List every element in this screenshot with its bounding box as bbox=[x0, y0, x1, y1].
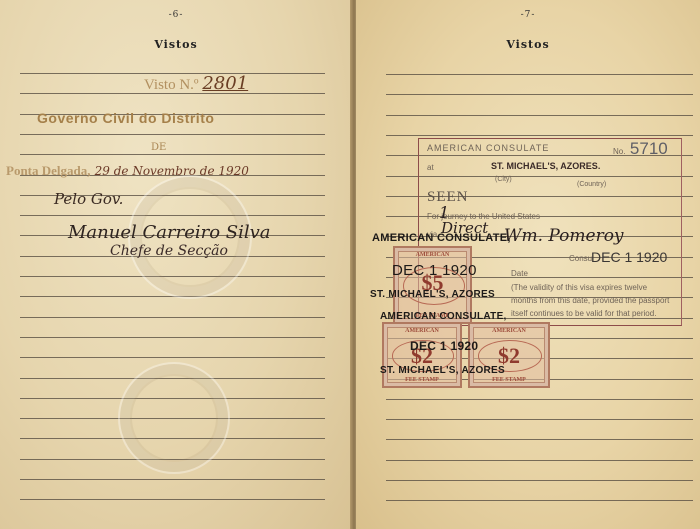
black-stamp-date-1: DEC 1 1920 bbox=[392, 262, 477, 279]
handwritten-date: 29 de Novembro de 1920 bbox=[95, 164, 249, 178]
black-stamp-consulate-2: AMERICAN CONSULATE, bbox=[380, 311, 507, 322]
page-heading: Vistos bbox=[356, 38, 700, 51]
ruled-line bbox=[386, 460, 693, 461]
embossed-seal-lower bbox=[118, 362, 230, 474]
fee-stamp-2b: AMERICAN $2 FEE STAMP bbox=[468, 322, 550, 388]
date-label: Date bbox=[511, 269, 528, 278]
validity-line-3: itself continues to be valid for that pe… bbox=[511, 309, 656, 318]
black-stamp-date-2: DEC 1 1920 bbox=[410, 339, 478, 353]
ruled-line bbox=[386, 439, 693, 440]
consul-date-stamp: DEC 1 1920 bbox=[591, 249, 667, 265]
right-page: -7- Vistos AMERICAN CONSULATE No. 5710 a… bbox=[356, 0, 700, 529]
ruled-line bbox=[20, 134, 325, 135]
city-label: (City) bbox=[495, 176, 512, 183]
visa-location: ST. MICHAEL'S, AZORES. bbox=[491, 161, 600, 171]
left-page: -6- Vistos Visto N.º 2801 Governo Civil … bbox=[0, 0, 352, 529]
ruled-line bbox=[386, 480, 693, 481]
visto-line: Visto N.º 2801 bbox=[144, 73, 248, 94]
ruled-line bbox=[386, 74, 693, 75]
fee-stamp-2a: AMERICAN $2 FEE STAMP bbox=[382, 322, 462, 388]
handwritten-pelo: Pelo Gov. bbox=[54, 190, 123, 208]
black-stamp-place-1: ST. MICHAEL'S, AZORES bbox=[370, 289, 495, 300]
ruled-line bbox=[20, 317, 325, 318]
place-date-line: Ponta Delgada, 29 de Novembro de 1920 bbox=[6, 163, 249, 179]
ruled-line bbox=[386, 399, 693, 400]
validity-line-2: months from this date, provided the pass… bbox=[511, 296, 669, 305]
consul-signature: Wm. Pomeroy bbox=[504, 226, 624, 246]
ruled-line bbox=[386, 94, 693, 95]
validity-line-1: (The validity of this visa expires twelv… bbox=[511, 283, 647, 292]
ruled-line bbox=[20, 154, 325, 155]
country-label: (Country) bbox=[577, 181, 606, 188]
de-label: DE bbox=[151, 142, 166, 153]
official-signature: Manuel Carreiro Silva bbox=[68, 222, 271, 243]
page-number: -7- bbox=[356, 10, 700, 20]
place-stamp: Ponta Delgada, bbox=[6, 163, 91, 178]
authority-stamp: Governo Civil do Distrito bbox=[37, 110, 214, 126]
ruled-line bbox=[386, 115, 693, 116]
black-stamp-place-2: ST. MICHAEL'S, AZORES bbox=[380, 365, 505, 376]
visto-number: 2801 bbox=[202, 73, 248, 94]
visa-header: AMERICAN CONSULATE bbox=[427, 143, 549, 153]
ruled-line bbox=[20, 337, 325, 338]
ruled-line bbox=[20, 479, 325, 480]
at-label: at bbox=[427, 163, 434, 172]
page-number: -6- bbox=[0, 10, 352, 20]
ruled-line bbox=[20, 357, 325, 358]
visa-number: No. 5710 bbox=[613, 139, 668, 159]
black-stamp-consulate-1: AMERICAN CONSULATE, bbox=[372, 232, 511, 244]
ruled-line bbox=[386, 419, 693, 420]
signature-title: Chefe de Secção bbox=[110, 243, 228, 259]
page-heading: Vistos bbox=[0, 38, 352, 51]
ruled-line bbox=[386, 135, 693, 136]
ruled-line bbox=[386, 500, 693, 501]
ruled-line bbox=[20, 499, 325, 500]
